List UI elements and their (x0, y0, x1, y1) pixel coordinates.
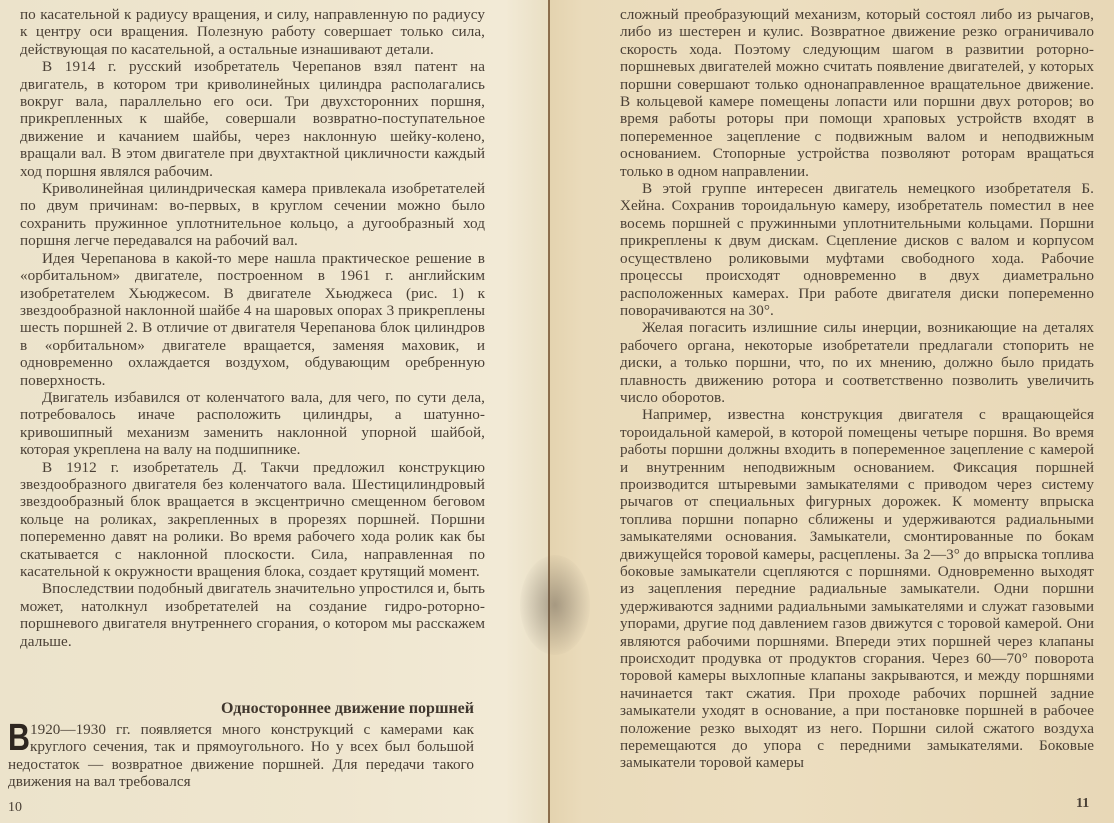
spine-stain (520, 555, 590, 655)
book-spine (548, 0, 550, 823)
paragraph: Например, известна конструкция двигателя… (620, 406, 1094, 772)
drop-cap: В (8, 722, 22, 754)
paragraph: Впоследствии подобный двигатель значител… (20, 580, 485, 650)
page-number-right: 11 (1076, 796, 1089, 812)
paragraph: Криволинейная цилиндрическая камера прив… (20, 180, 485, 250)
section-heading: Одностороннее движение поршней (20, 700, 474, 718)
paragraph: по касательной к радиусу вращения, и сил… (20, 6, 485, 58)
paragraph: Идея Черепанова в какой-то мере нашла пр… (20, 250, 485, 389)
left-page-body: по касательной к радиусу вращения, и сил… (20, 6, 485, 650)
page-number-left: 10 (8, 800, 22, 816)
paragraph: сложный преобразующий механизм, который … (620, 6, 1094, 180)
paragraph: В 1912 г. изобретатель Д. Такчи предложи… (20, 459, 485, 581)
paragraph: Желая погасить излишние силы инерции, во… (620, 319, 1094, 406)
right-page-body: сложный преобразующий механизм, который … (620, 6, 1094, 772)
paragraph: В 1914 г. русский изобретатель Черепанов… (20, 58, 485, 180)
section-text: 1920—1930 гг. появляется много конструкц… (8, 721, 474, 790)
left-page: по касательной к радиусу вращения, и сил… (0, 0, 549, 823)
paragraph: В этой группе интересен двигатель немецк… (620, 180, 1094, 319)
section-body: В 1920—1930 гг. появляется много констру… (8, 721, 474, 791)
book-spread: по касательной к радиусу вращения, и сил… (0, 0, 1114, 823)
paragraph: Двигатель избавился от коленчатого вала,… (20, 389, 485, 459)
